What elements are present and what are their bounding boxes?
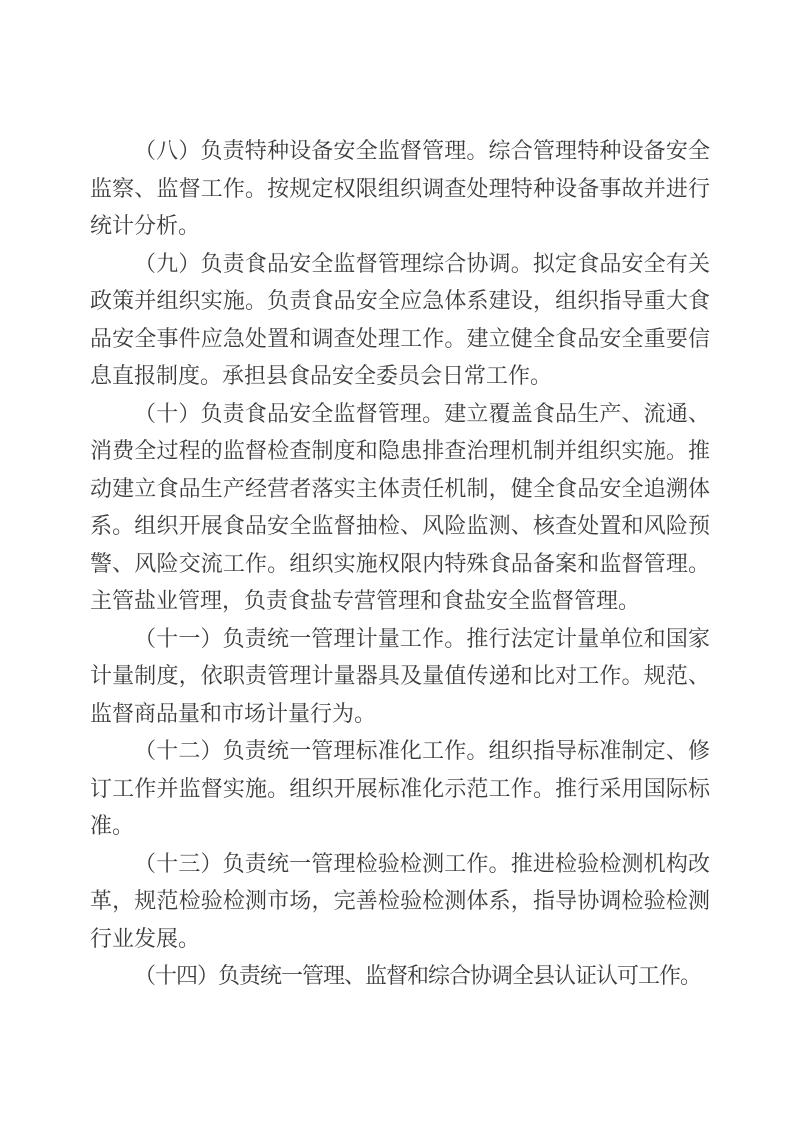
paragraph-9: （九）负责食品安全监督管理综合协调。拟定食品安全有关政策并组织实施。负责食品安全… — [90, 245, 710, 395]
paragraph-13: （十三）负责统一管理检验检测工作。推进检验检测机构改革，规范检验检测市场，完善检… — [90, 845, 710, 958]
paragraph-14: （十四）负责统一管理、监督和综合协调全县认证认可工作。 — [90, 957, 710, 995]
paragraph-12: （十二）负责统一管理标准化工作。组织指导标准制定、修订工作并监督实施。组织开展标… — [90, 732, 710, 845]
document-body: （八）负责特种设备安全监督管理。综合管理特种设备安全监察、监督工作。按规定权限组… — [90, 132, 710, 995]
document-page: （八）负责特种设备安全监督管理。综合管理特种设备安全监察、监督工作。按规定权限组… — [0, 0, 800, 1131]
paragraph-8: （八）负责特种设备安全监督管理。综合管理特种设备安全监察、监督工作。按规定权限组… — [90, 132, 710, 245]
paragraph-11: （十一）负责统一管理计量工作。推行法定计量单位和国家计量制度，依职责管理计量器具… — [90, 620, 710, 733]
paragraph-10: （十）负责食品安全监督管理。建立覆盖食品生产、流通、消费全过程的监督检查制度和隐… — [90, 395, 710, 620]
